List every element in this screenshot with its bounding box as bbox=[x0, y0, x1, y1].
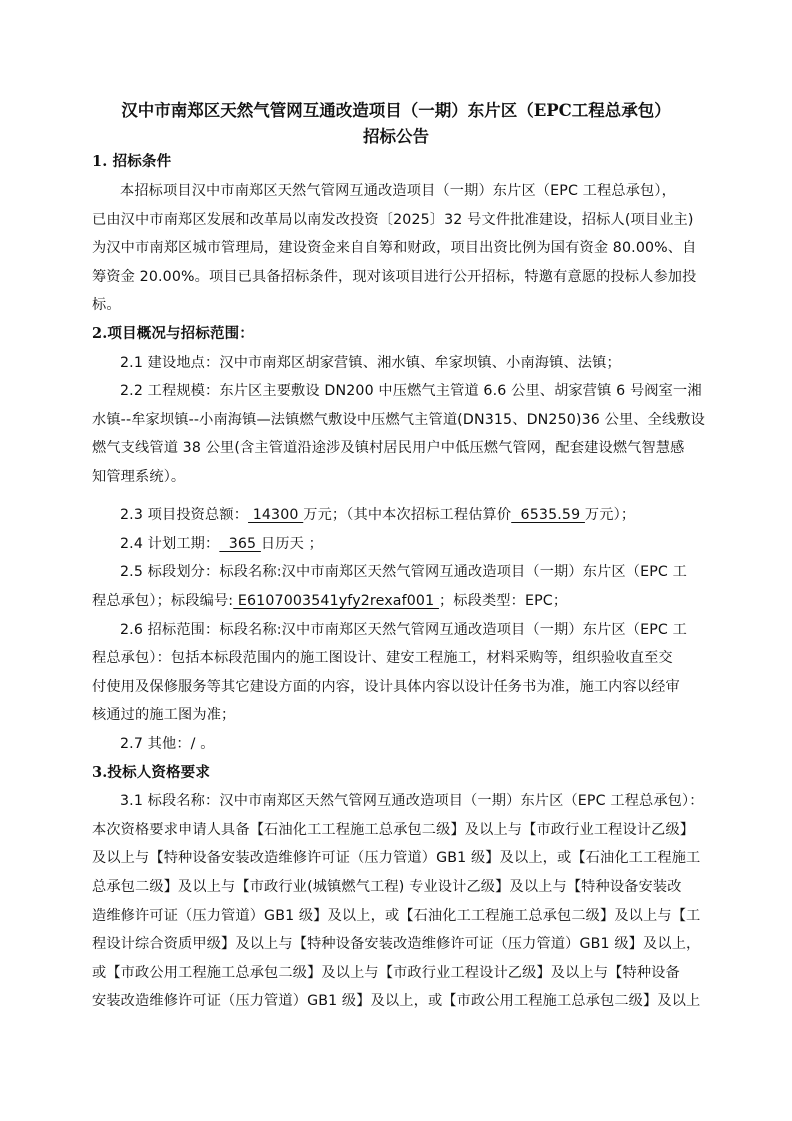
paragraph-line: 本招标项目汉中市南郑区天然气管网互通改造项目（一期）东片区（EPC 工程总承包）… bbox=[120, 181, 708, 201]
item-2-5-prefix: 程总承包）；标段编号: bbox=[92, 593, 233, 609]
item-3-1-line: 及以上与【特种设备安装改造维修许可证（压力管道）GB1 级】及以上，或【石油化工… bbox=[92, 848, 708, 868]
item-2-6-line: 程总承包）：包括本标段范围内的施工图设计、建安工程施工，材料采购等，组织验收直至… bbox=[92, 648, 708, 668]
item-2-4: 2.4 计划工期： 365 日历天 ； bbox=[120, 534, 708, 554]
item-2-3-suffix: 万元）； bbox=[585, 507, 635, 523]
paragraph-line: 筹资金 20.00%。项目已具备招标条件，现对该项目进行公开招标，特邀有意愿的投… bbox=[92, 267, 708, 287]
section-1-heading: 1. 招标条件 bbox=[92, 152, 708, 172]
item-3-1-line: 3.1 标段名称：汉中市南郑区天然气管网互通改造项目（一期）东片区（EPC 工程… bbox=[120, 791, 708, 811]
paragraph-line: 已由汉中市南郑区发展和改革局以南发改投资〔2025〕32 号文件批准建设，招标人… bbox=[92, 210, 708, 230]
duration-value: 365 bbox=[219, 536, 261, 552]
item-2-5-suffix: ；标段类型：EPC； bbox=[439, 593, 567, 609]
item-3-1-line: 安装改造维修许可证（压力管道）GB1 级】及以上，或【市政公用工程施工总承包二级… bbox=[92, 991, 708, 1011]
item-2-7: 2.7 其他：/ 。 bbox=[120, 734, 708, 754]
section-number-value: E6107003541yfy2rexaf001 bbox=[233, 593, 439, 609]
document-title: 汉中市南郑区天然气管网互通改造项目（一期）东片区（EPC工程总承包） bbox=[0, 97, 792, 121]
total-investment-value: 14300 bbox=[248, 507, 303, 523]
item-2-1: 2.1 建设地点：汉中市南郑区胡家营镇、湘水镇、牟家坝镇、小南海镇、法镇； bbox=[120, 353, 708, 373]
item-2-5-line: 程总承包）；标段编号: E6107003541yfy2rexaf001 ；标段类… bbox=[92, 591, 708, 611]
item-2-3-prefix: 2.3 项目投资总额： bbox=[120, 507, 248, 523]
item-2-3: 2.3 项目投资总额： 14300 万元；（其中本次招标工程估算价 6535.5… bbox=[120, 505, 708, 525]
item-2-4-suffix: 日历天 ； bbox=[261, 536, 323, 552]
document-page: 汉中市南郑区天然气管网互通改造项目（一期）东片区（EPC工程总承包） 招标公告 … bbox=[0, 0, 792, 1121]
item-3-1-line: 本次资格要求申请人具备【石油化工工程施工总承包二级】及以上与【市政行业工程设计乙… bbox=[92, 820, 708, 840]
item-3-1-line: 造维修许可证（压力管道）GB1 级】及以上，或【石油化工工程施工总承包二级】及以… bbox=[92, 906, 708, 926]
section-3-heading: 3.投标人资格要求 bbox=[92, 763, 708, 783]
estimate-value: 6535.59 bbox=[511, 507, 585, 523]
paragraph-line: 为汉中市南郑区城市管理局，建设资金来自自筹和财政，项目出资比例为国有资金 80.… bbox=[92, 238, 708, 258]
paragraph-line: 标。 bbox=[92, 295, 708, 315]
item-2-4-prefix: 2.4 计划工期： bbox=[120, 536, 219, 552]
item-2-3-mid: 万元；（其中本次招标工程估算价 bbox=[303, 507, 511, 523]
item-2-5-line: 2.5 标段划分：标段名称:汉中市南郑区天然气管网互通改造项目（一期）东片区（E… bbox=[120, 562, 708, 582]
item-2-6-line: 付使用及保修服务等其它建设方面的内容，设计具体内容以设计任务书为准，施工内容以经… bbox=[92, 677, 708, 697]
item-2-2-line: 水镇--牟家坝镇--小南海镇—法镇燃气敷设中压燃气主管道(DN315、DN250… bbox=[92, 410, 708, 430]
item-2-6-line: 核通过的施工图为准； bbox=[92, 705, 708, 725]
item-3-1-line: 程设计综合资质甲级】及以上与【特种设备安装改造维修许可证（压力管道）GB1 级】… bbox=[92, 934, 708, 954]
item-2-2-line: 知管理系统）。 bbox=[92, 467, 708, 487]
item-2-6-line: 2.6 招标范围：标段名称:汉中市南郑区天然气管网互通改造项目（一期）东片区（E… bbox=[120, 620, 708, 640]
document-subtitle: 招标公告 bbox=[0, 123, 792, 147]
item-3-1-line: 或【市政公用工程施工总承包二级】及以上与【市政行业工程设计乙级】及以上与【特种设… bbox=[92, 963, 708, 983]
section-2-heading: 2.项目概况与招标范围： bbox=[92, 324, 708, 344]
item-2-2-line: 燃气支线管道 38 公里(含主管道沿途涉及镇村居民用户中低压燃气管网，配套建设燃… bbox=[92, 438, 708, 458]
item-2-2-line: 2.2 工程规模：东片区主要敷设 DN200 中压燃气主管道 6.6 公里、胡家… bbox=[120, 381, 708, 401]
item-3-1-line: 总承包二级】及以上与【市政行业(城镇燃气工程) 专业设计乙级】及以上与【特种设备… bbox=[92, 877, 708, 897]
